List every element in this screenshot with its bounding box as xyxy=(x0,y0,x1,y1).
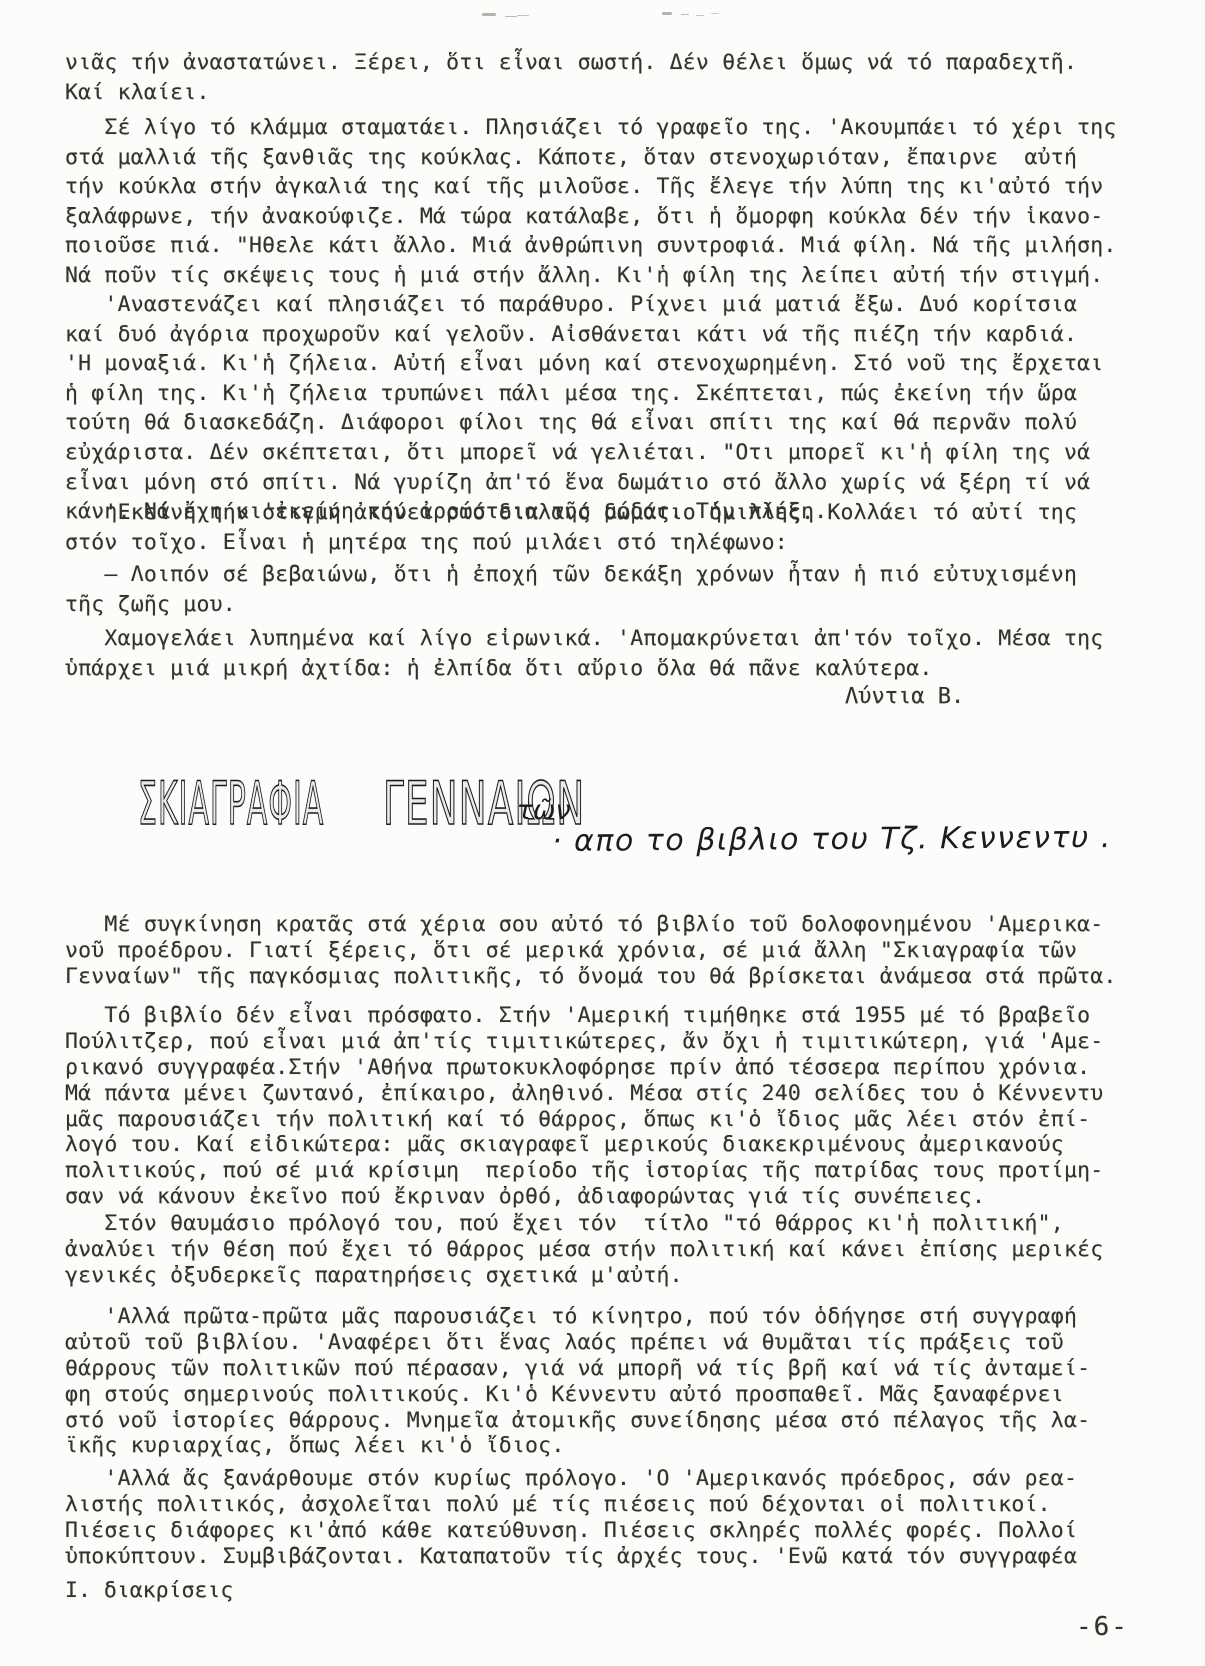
text-line: εὐχάριστα. Δέν σκέπτεται, ὅτι μπορεῖ νά … xyxy=(65,438,1165,468)
text-line: 'Αλλά ἄς ξανάρθουμε στόν κυρίως πρόλογο.… xyxy=(65,1466,1165,1492)
text-line: Στόν θαυμάσιο πρόλογό του, πού ἔχει τόν … xyxy=(65,1211,1165,1237)
text-line: ϊκῆς κυριαρχίας, ὅπως λέει κι'ὁ ἴδιος. xyxy=(65,1433,1165,1459)
text-line: εἶναι μόνη στό σπίτι. Νά γυρίζη ἀπ'τό ἕν… xyxy=(65,468,1165,498)
text-line: στό νοῦ ἱστορίες θάρρους. Μνημεῖα ἀτομικ… xyxy=(65,1408,1165,1434)
text-line: στόν τοῖχο. Εἶναι ἡ μητέρα της πού μιλάε… xyxy=(65,528,1165,558)
text-line: ἡ φίλη της. Κι'ἡ ζήλεια τρυπώνει πάλι μέ… xyxy=(65,379,1165,409)
text-line: νιᾶς τήν ἀναστατώνει. Ξέρει, ὅτι εἶναι σ… xyxy=(65,48,1165,78)
text-line: σαν νά κάνουν ἐκεῖνο πού ἔκριναν ὀρθό, ἀ… xyxy=(65,1184,1165,1210)
text-line: μᾶς παρουσιάζει τήν πολιτική καί τό θάρρ… xyxy=(65,1107,1165,1133)
text-line: ὑπάρχει μιά μικρή ἀχτίδα: ἡ ἐλπίδα ὅτι α… xyxy=(65,654,1165,684)
article-paragraph: 'Αλλά πρῶτα-πρῶτα μᾶς παρουσιάζει τό κίν… xyxy=(65,1304,1165,1459)
story-paragraph-continuation: νιᾶς τήν ἀναστατώνει. Ξέρει, ὅτι εἶναι σ… xyxy=(65,48,1165,107)
text-line: ξαλάφρωνε, τήν ἀνακούφιζε. Μά τώρα κατάλ… xyxy=(65,202,1165,232)
text-line: λογό του. Καί εἰδικώτερα: μᾶς σκιαγραφεῖ… xyxy=(65,1132,1165,1158)
text-line: ὑποκύπτουν. Συμβιβάζονται. Καταπατοῦν τί… xyxy=(65,1544,1165,1570)
text-line: Σέ λίγο τό κλάμμα σταματάει. Πλησιάζει τ… xyxy=(65,113,1165,143)
text-line: Μά πάντα μένει ζωντανό, ἐπίκαιρο, ἀληθιν… xyxy=(65,1081,1165,1107)
text-line: γενικές ὀξυδερκεῖς παρατηρήσεις σχετικά … xyxy=(65,1263,1165,1289)
text-line: νοῦ προέδρου. Γιατί ξέρεις, ὅτι σέ μερικ… xyxy=(65,938,1165,964)
scan-speckle xyxy=(482,13,496,16)
story-paragraph: 'Εκείνη τήν στιγμή ἀκούει στό διπλανό δω… xyxy=(65,498,1165,557)
text-line: 'Αλλά πρῶτα-πρῶτα μᾶς παρουσιάζει τό κίν… xyxy=(65,1304,1165,1330)
text-line: Γενναίων" τῆς παγκόσμιας πολιτικῆς, τό ὄ… xyxy=(65,964,1165,990)
text-line: Μέ συγκίνηση κρατᾶς στά χέρια σου αὐτό τ… xyxy=(65,912,1165,938)
story-paragraph: Σέ λίγο τό κλάμμα σταματάει. Πλησιάζει τ… xyxy=(65,113,1165,291)
text-line: Πούλιτζερ, πού εἶναι μιά ἀπ'τίς τιμιτικώ… xyxy=(65,1029,1165,1055)
story-paragraph: Χαμογελάει λυπημένα καί λίγο εἰρωνικά. '… xyxy=(65,624,1165,683)
story-dialogue-line: – Λοιπόν σέ βεβαιώνω, ὅτι ἡ ἐποχή τῶν δε… xyxy=(65,560,1165,619)
text-line: τούτη θά διασκεδάζη. Διάφοροι φίλοι της … xyxy=(65,408,1165,438)
text-line: Τό βιβλίο δέν εἶναι πρόσφατο. Στήν 'Αμερ… xyxy=(65,1003,1165,1029)
article-paragraph: Στόν θαυμάσιο πρόλογό του, πού ἔχει τόν … xyxy=(65,1211,1165,1289)
text-line: 'Εκείνη τήν στιγμή ἀκούει στό διπλανό δω… xyxy=(65,498,1165,528)
article-title-word1: ΣΚΙΑΓΡΑΦΙΑ xyxy=(138,776,324,832)
article-paragraph: 'Αλλά ἄς ξανάρθουμε στόν κυρίως πρόλογο.… xyxy=(65,1466,1165,1570)
text-line: φη στούς σημερινούς πολιτικούς. Κι'ὁ Κέν… xyxy=(65,1382,1165,1408)
text-line: θάρρους τῶν πολιτικῶν πού πέρασαν, γιά ν… xyxy=(65,1356,1165,1382)
text-line: ρικανό συγγραφέα.Στήν 'Αθήνα πρωτοκυκλοφ… xyxy=(65,1055,1165,1081)
article-paragraph: Μέ συγκίνηση κρατᾶς στά χέρια σου αὐτό τ… xyxy=(65,912,1165,990)
text-line: στά μαλλιά τῆς ξανθιᾶς της κούκλας. Κάπο… xyxy=(65,143,1165,173)
text-line: πολιτικούς, πού σέ μιά κρίσιμη περίοδο τ… xyxy=(65,1158,1165,1184)
text-line: τήν κούκλα στήν ἀγκαλιά της καί τῆς μιλο… xyxy=(65,172,1165,202)
text-line: καί δυό ἀγόρια προχωροῦν καί γελοῦν. Αἰσ… xyxy=(65,320,1165,350)
article-paragraph: Τό βιβλίο δέν εἶναι πρόσφατο. Στήν 'Αμερ… xyxy=(65,1003,1165,1210)
text-line: ἀναλύει τήν θέση πού ἔχει τό θάρρος μέσα… xyxy=(65,1237,1165,1263)
text-line: 'Η μοναξιά. Κι'ἡ ζήλεια. Αὐτή εἶναι μόνη… xyxy=(65,349,1165,379)
author-signature: Λύντια Β. xyxy=(845,684,964,709)
page-number: -6- xyxy=(1076,1612,1129,1642)
scanned-document-page: νιᾶς τήν ἀναστατώνει. Ξέρει, ὅτι εἶναι σ… xyxy=(0,0,1205,1666)
text-line: Χαμογελάει λυπημένα καί λίγο εἰρωνικά. '… xyxy=(65,624,1165,654)
footnote-marker: Ι. διακρίσεις xyxy=(65,1578,233,1603)
text-line: Νά ποῦν τίς σκέψεις τους ἡ μιά στήν ἄλλη… xyxy=(65,261,1165,291)
text-line: – Λοιπόν σέ βεβαιώνω, ὅτι ἡ ἐποχή τῶν δε… xyxy=(65,560,1165,590)
text-line: τῆς ζωῆς μου. xyxy=(65,590,1165,620)
story-paragraph: 'Αναστενάζει καί πλησιάζει τό παράθυρο. … xyxy=(65,290,1165,527)
text-line: Πιέσεις διάφορες κι'ἀπό κάθε κατεύθυνση.… xyxy=(65,1518,1165,1544)
scan-speckle xyxy=(662,12,672,15)
article-subtitle: · απο το βιβλιο του Τζ. Κεννεντυ . xyxy=(552,820,1112,859)
text-line: αὐτοῦ τοῦ βιβλίου. 'Αναφέρει ὅτι ἕνας λα… xyxy=(65,1330,1165,1356)
text-line: Καί κλαίει. xyxy=(65,78,1165,108)
text-line: λιστής πολιτικός, ἀσχολεῖται πολύ μέ τίς… xyxy=(65,1492,1165,1518)
text-line: 'Αναστενάζει καί πλησιάζει τό παράθυρο. … xyxy=(65,290,1165,320)
text-line: ποιοῦσε πιά. "Ηθελε κάτι ἄλλο. Μιά ἀνθρώ… xyxy=(65,231,1165,261)
